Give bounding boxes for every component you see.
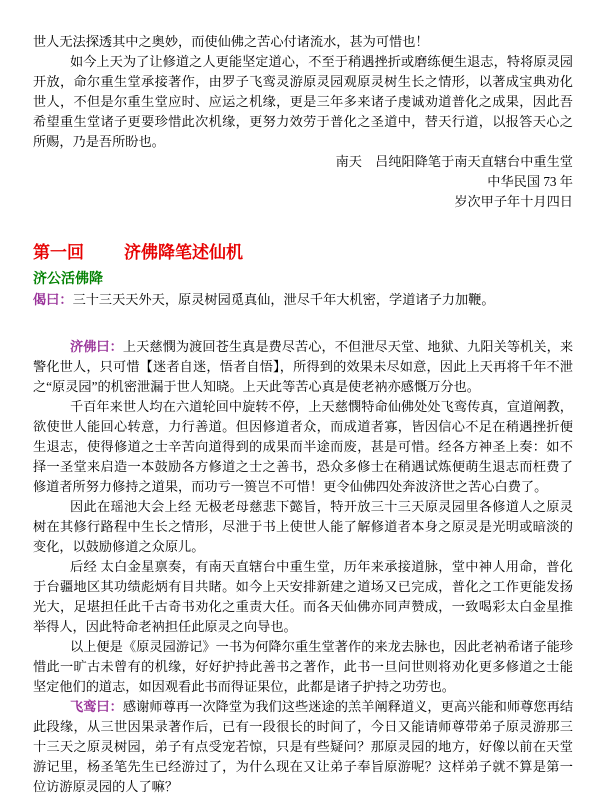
verse-text: 三十三天天外天，原灵树园觅真仙，泄尽千年大机密，学道诸子力加鞭。 — [73, 292, 495, 307]
section-header: 济公活佛降 — [33, 270, 573, 290]
dialogue-paragraph: 因此在瑶池大会上经 无极老母慈悲下懿旨，特开放三十三天原灵园里各修道人之原灵树在… — [33, 497, 573, 557]
verse-line: 偈曰：三十三天天外天，原灵树园觅真仙，泄尽千年大机密，学道诸子力加鞭。 — [33, 290, 573, 310]
preface-paragraph-continuation: 世人无法探透其中之奥妙，而使仙佛之苦心付诸流水，甚为可惜也！ — [33, 32, 573, 52]
dialogue-paragraph: 飞鸾曰：感谢师尊再一次降堂为我们这些迷途的羔羊阐释道义，更高兴能和师尊您再结此段… — [33, 697, 573, 797]
dialogue-text: 千百年来世人均在六道轮回中旋转不停，上天慈憫特命仙佛处处飞鸾传真，宣道阐教，欲使… — [33, 399, 573, 494]
chapter-name: 济佛降笔述仙机 — [124, 243, 243, 262]
dialogue-paragraph: 以上便是《原灵园游记》一书为何降尔重生堂著作的来龙去脉也，因此老衲希诸子能珍惜此… — [33, 637, 573, 697]
dialogue-text: 以上便是《原灵园游记》一书为何降尔重生堂著作的来龙去脉也，因此老衲希诸子能珍惜此… — [33, 639, 573, 694]
dialogue-block: 济佛曰：上天慈憫为渡回苍生真是费尽苦心，不但泄尽天堂、地狱、九阳关等机关，来警化… — [33, 337, 573, 797]
attribution-date-line: 岁次甲子年十月四日 — [33, 192, 573, 212]
dialogue-text: 因此在瑶池大会上经 无极老母慈悲下懿旨，特开放三十三天原灵园里各修道人之原灵树在… — [33, 499, 573, 554]
attribution-year-line: 中华民国 73 年 — [33, 172, 573, 192]
chapter-number: 第一回 — [33, 243, 84, 262]
dialogue-paragraph: 千百年来世人均在六道轮回中旋转不停，上天慈憫特命仙佛处处飞鸾传真，宣道阐教，欲使… — [33, 397, 573, 497]
document-page: 世人无法探透其中之奥妙，而使仙佛之苦心付诸流水，甚为可惜也！ 如今上天为了让修道… — [0, 0, 600, 800]
speaker-label: 济佛曰： — [70, 339, 123, 354]
dialogue-paragraph: 济佛曰：上天慈憫为渡回苍生真是费尽苦心，不但泄尽天堂、地狱、九阳关等机关，来警化… — [33, 337, 573, 397]
attribution-block: 南天 吕纯阳降笔于南天直辖台中重生堂 中华民国 73 年 岁次甲子年十月四日 — [33, 152, 573, 212]
dialogue-paragraph: 后经 太白金星禀奏，有南天直辖台中重生堂，历年来承接道脉，堂中神人用命，普化于台… — [33, 557, 573, 637]
verse-label: 偈曰： — [33, 292, 73, 307]
speaker-label: 飞鸾曰： — [70, 699, 123, 714]
attribution-source-line: 南天 吕纯阳降笔于南天直辖台中重生堂 — [33, 152, 573, 172]
dialogue-text: 后经 太白金星禀奏，有南天直辖台中重生堂，历年来承接道脉，堂中神人用命，普化于台… — [33, 559, 573, 634]
preface-paragraph: 如今上天为了让修道之人更能坚定道心，不至于稍遇挫折或磨练便生退志，特将原灵园开放… — [33, 52, 573, 152]
chapter-title: 第一回济佛降笔述仙机 — [33, 240, 573, 266]
